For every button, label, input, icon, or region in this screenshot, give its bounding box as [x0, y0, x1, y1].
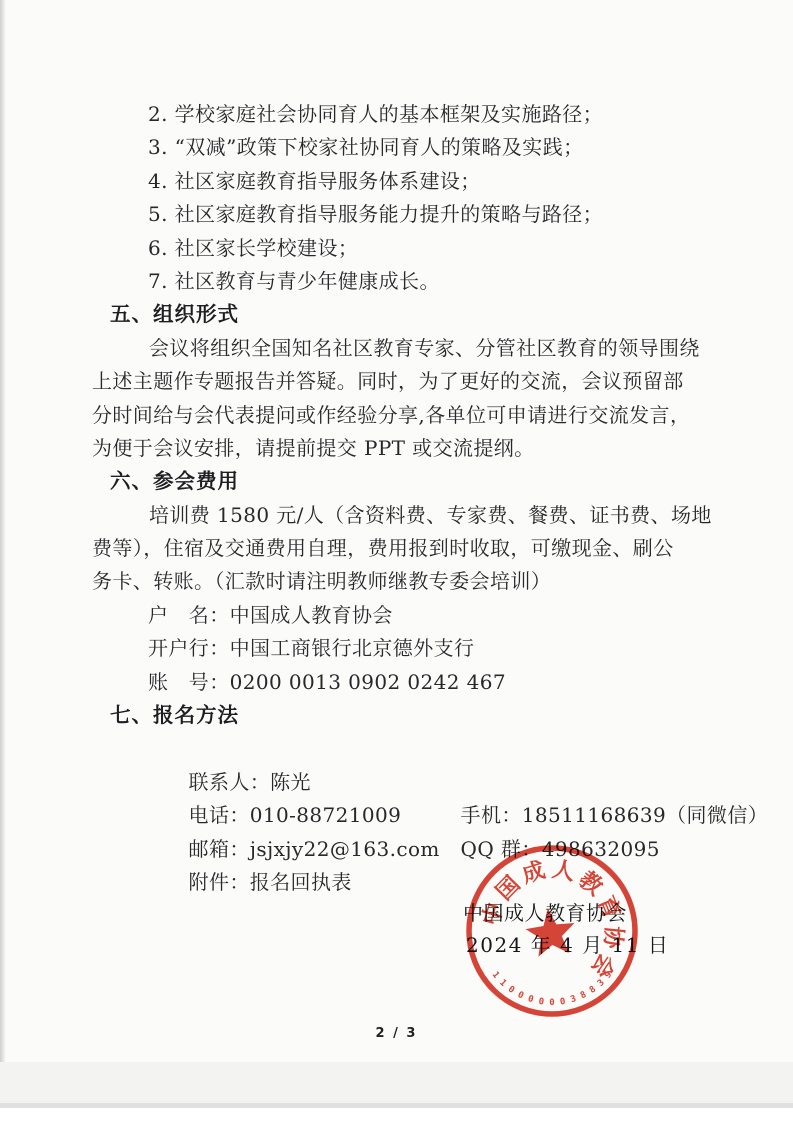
- seal-ring-char: 会: [585, 948, 620, 982]
- seal-code-digit: 8: [588, 985, 598, 996]
- paragraph-line: 为便于会议安排，请提前提交 PPT 或交流提纲。: [92, 432, 692, 465]
- scanned-document-page: 2. 学校家庭社会协同育人的基本框架及实施路径； 3. “双减”政策下校家社协同…: [0, 0, 793, 1123]
- contact-mobile: 手机：18511168639（同微信）: [461, 799, 769, 832]
- seal-artwork: 中 国 成 人 教 育 协 会 1 1 0 0 0 0 0 0 3 8 8: [469, 848, 635, 1014]
- bank-account-name: 户 名：中国成人教育协会: [92, 599, 692, 632]
- contact-row: 联系人：陈光: [92, 732, 692, 765]
- seal-ring-char: 教: [574, 867, 608, 902]
- bank-account-number: 账 号：0200 0013 0902 0242 467: [92, 666, 692, 699]
- seal-ring-char: 人: [550, 856, 578, 886]
- paragraph-line: 上述主题作专题报告并答疑。同时，为了更好的交流，会议预留部: [92, 365, 692, 398]
- topic-item: 6. 社区家长学校建设；: [92, 232, 692, 265]
- seal-code-digit: 0: [538, 997, 545, 1008]
- contact-person: 联系人：陈光: [189, 766, 461, 799]
- seal-code-digit: 0: [549, 998, 554, 1008]
- seal-code-digit: 0: [559, 997, 566, 1008]
- paragraph-line: 分时间给与会代表提问或作经验分享,各单位可申请进行交流发言，: [92, 399, 692, 432]
- topic-item: 5. 社区家庭教育指导服务能力提升的策略与路径；: [92, 198, 692, 231]
- paragraph-line: 会议将组织全国知名社区教育专家、分管社区教育的领导围绕: [92, 332, 692, 365]
- seal-ring-char: 中: [478, 900, 509, 929]
- topic-item: 7. 社区教育与青少年健康成长。: [92, 265, 692, 298]
- section-title-registration: 七、报名方法: [92, 699, 692, 732]
- seal-code-digit: 3: [569, 994, 577, 1005]
- section-title-fees: 六、参会费用: [92, 465, 692, 498]
- seal-code-digit: 0: [516, 990, 525, 1001]
- bank-branch: 开户行：中国工商银行北京德外支行: [92, 632, 692, 665]
- scan-edge-bottom-white: [0, 1108, 793, 1123]
- seal-code-digit: 1: [497, 978, 508, 989]
- topic-item: 2. 学校家庭社会协同育人的基本框架及实施路径；: [92, 98, 692, 131]
- paragraph-line: 费等），住宿及交通费用自理，费用报到时收取，可缴现金、刷公: [92, 532, 692, 565]
- scan-edge-bottom-band: [0, 1062, 793, 1104]
- section-title-organization: 五、组织形式: [92, 298, 692, 331]
- seal-ring-char: 育: [592, 892, 626, 923]
- page-number: 2 / 3: [0, 1026, 793, 1041]
- seal-code-digit: 0: [526, 994, 534, 1005]
- topic-item: 4. 社区家庭教育指导服务体系建设；: [92, 165, 692, 198]
- seal-code-digit: 8: [579, 990, 588, 1001]
- seal-ring-char: 协: [598, 925, 626, 951]
- scan-edge-left: [0, 0, 6, 1123]
- seal-code-digit: 0: [506, 985, 516, 996]
- paragraph-line: 培训费 1580 元/人（含资料费、专家费、餐费、证书费、场地: [92, 499, 692, 532]
- seal-ring-char: 成: [519, 857, 549, 889]
- seal-code-digit: 1: [490, 970, 501, 980]
- paragraph-line: 务卡、转账。（汇款时请注明教师继教专委会培训）: [92, 565, 692, 598]
- contact-phone: 电话：010-88721009: [189, 799, 461, 832]
- official-seal-stamp: 中 国 成 人 教 育 协 会 1 1 0 0 0 0 0 0 3 8 8: [452, 831, 652, 1031]
- seal-star-icon: [523, 905, 578, 958]
- topic-item: 3. “双减”政策下校家社协同育人的策略及实践；: [92, 131, 692, 164]
- seal-ring-char: 国: [491, 871, 525, 905]
- document-content: 2. 学校家庭社会协同育人的基本框架及实施路径； 3. “双减”政策下校家社协同…: [92, 98, 692, 866]
- attachment-note: 附件：报名回执表: [189, 866, 461, 899]
- contact-email: 邮箱：jsjxjy22@163.com: [189, 833, 461, 866]
